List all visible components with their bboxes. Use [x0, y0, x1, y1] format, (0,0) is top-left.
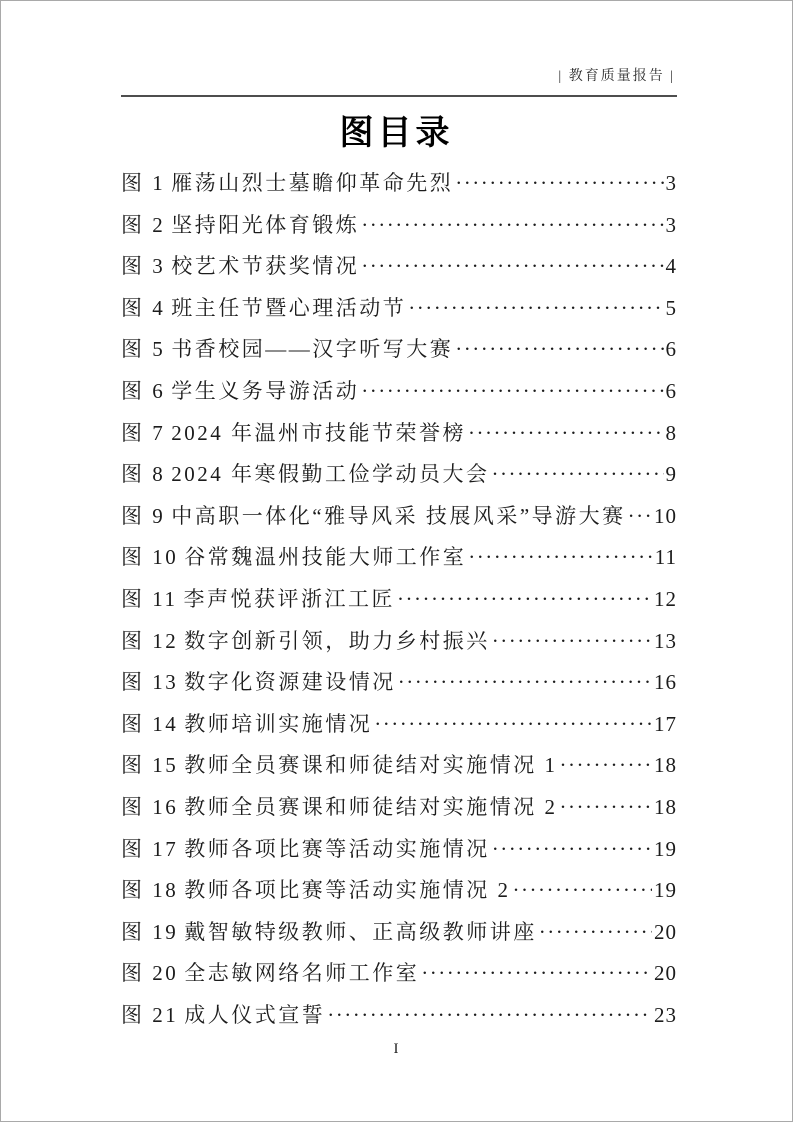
- figure-label: 图 5: [121, 329, 165, 371]
- toc-entry[interactable]: 图 21 成人仪式宣誓 ····························…: [121, 995, 677, 1037]
- figure-title: 李声悦获评浙江工匠: [183, 579, 395, 621]
- figure-title: 学生义务导游活动: [171, 371, 359, 413]
- figure-title: 数字化资源建设情况: [184, 662, 396, 704]
- figure-label: 图 6: [121, 371, 165, 413]
- toc-entry[interactable]: 图 9 中高职一体化“雅导风采 技展风采”导游大赛 ··············…: [121, 496, 677, 538]
- page-number: 8: [664, 413, 678, 455]
- figure-title: 校艺术节获奖情况: [171, 246, 359, 288]
- figure-title: 2024 年寒假勤工俭学动员大会: [171, 454, 489, 496]
- figure-title: 谷常魏温州技能大师工作室: [184, 537, 466, 579]
- figure-title: 2024 年温州市技能节荣誉榜: [171, 413, 466, 455]
- figure-title: 数字创新引领，助力乡村振兴: [184, 621, 490, 663]
- page-number: 3: [664, 163, 678, 205]
- dot-leader: ········································…: [398, 662, 652, 704]
- page-number: 19: [652, 829, 677, 871]
- toc-entry[interactable]: 图 13 数字化资源建设情况 ·························…: [121, 662, 677, 704]
- dot-leader: ········································…: [361, 205, 663, 247]
- figure-toc-list: 图 1 雁荡山烈士墓瞻仰革命先烈 ·······················…: [121, 163, 677, 1036]
- toc-entry[interactable]: 图 18 教师各项比赛等活动实施情况 2 ···················…: [121, 870, 677, 912]
- toc-entry[interactable]: 图 7 2024 年温州市技能节荣誉榜 ····················…: [121, 413, 677, 455]
- toc-entry[interactable]: 图 11 李声悦获评浙江工匠 ·························…: [121, 579, 677, 621]
- dot-leader: ········································…: [560, 787, 653, 829]
- figure-label: 图 13: [121, 662, 178, 704]
- dot-leader: ········································…: [397, 579, 652, 621]
- dot-leader: ········································…: [628, 496, 652, 538]
- page-title: 图目录: [1, 105, 792, 154]
- dot-leader: ········································…: [455, 329, 663, 371]
- figure-label: 图 3: [121, 246, 165, 288]
- figure-label: 图 2: [121, 205, 165, 247]
- page-number: 9: [664, 454, 678, 496]
- figure-title: 全志敏网络名师工作室: [184, 953, 419, 995]
- page-number: 4: [664, 246, 678, 288]
- header-report-title: | 教育质量报告 |: [558, 69, 675, 84]
- page-number: 23: [652, 995, 677, 1037]
- dot-leader: ········································…: [468, 537, 653, 579]
- figure-title: 雁荡山烈士墓瞻仰革命先烈: [171, 163, 453, 205]
- figure-title: 中高职一体化“雅导风采 技展风采”导游大赛: [171, 496, 625, 538]
- figure-label: 图 19: [121, 912, 178, 954]
- figure-label: 图 20: [121, 953, 178, 995]
- toc-entry[interactable]: 图 19 戴智敏特级教师、正高级教师讲座 ···················…: [121, 912, 677, 954]
- toc-entry[interactable]: 图 20 全志敏网络名师工作室 ························…: [121, 953, 677, 995]
- dot-leader: ········································…: [468, 413, 664, 455]
- figure-title: 教师培训实施情况: [184, 704, 372, 746]
- page-number: 13: [652, 621, 677, 663]
- page-header: | 教育质量报告 |: [536, 49, 675, 101]
- page-number: 20: [652, 912, 677, 954]
- page-number: 5: [664, 288, 678, 330]
- dot-leader: ········································…: [374, 704, 652, 746]
- page-number: 17: [652, 704, 677, 746]
- figure-label: 图 8: [121, 454, 165, 496]
- dot-leader: ········································…: [455, 163, 663, 205]
- dot-leader: ········································…: [492, 829, 652, 871]
- figure-title: 班主任节暨心理活动节: [171, 288, 406, 330]
- toc-entry[interactable]: 图 1 雁荡山烈士墓瞻仰革命先烈 ·······················…: [121, 163, 677, 205]
- figure-title: 教师全员赛课和师徒结对实施情况 2: [184, 787, 557, 829]
- toc-entry[interactable]: 图 4 班主任节暨心理活动节 ·························…: [121, 288, 677, 330]
- dot-leader: ········································…: [560, 745, 653, 787]
- dot-leader: ········································…: [361, 246, 663, 288]
- toc-entry[interactable]: 图 3 校艺术节获奖情况 ···························…: [121, 246, 677, 288]
- toc-entry[interactable]: 图 14 教师培训实施情况 ··························…: [121, 704, 677, 746]
- dot-leader: ········································…: [361, 371, 663, 413]
- page-footer: I: [1, 1041, 792, 1058]
- figure-label: 图 21: [121, 995, 178, 1037]
- dot-leader: ········································…: [421, 953, 652, 995]
- page-number: 18: [652, 787, 677, 829]
- header-rule: [121, 95, 677, 97]
- figure-title: 书香校园——汉字听写大赛: [171, 329, 453, 371]
- figure-label: 图 17: [121, 829, 178, 871]
- figure-title: 教师各项比赛等活动实施情况 2: [184, 870, 510, 912]
- figure-label: 图 9: [121, 496, 165, 538]
- figure-label: 图 18: [121, 870, 178, 912]
- dot-leader: ········································…: [327, 995, 652, 1037]
- toc-entry[interactable]: 图 8 2024 年寒假勤工俭学动员大会 ···················…: [121, 454, 677, 496]
- figure-title: 坚持阳光体育锻炼: [171, 205, 359, 247]
- figure-label: 图 16: [121, 787, 178, 829]
- figure-label: 图 15: [121, 745, 178, 787]
- page-number: 3: [664, 205, 678, 247]
- footer-page-number: I: [394, 1041, 400, 1057]
- page-number: 18: [652, 745, 677, 787]
- figure-label: 图 14: [121, 704, 178, 746]
- figure-label: 图 10: [121, 537, 178, 579]
- page-number: 10: [652, 496, 677, 538]
- toc-entry[interactable]: 图 6 学生义务导游活动 ···························…: [121, 371, 677, 413]
- page-number: 19: [652, 870, 677, 912]
- figure-label: 图 7: [121, 413, 165, 455]
- toc-entry[interactable]: 图 2 坚持阳光体育锻炼 ···························…: [121, 205, 677, 247]
- page-number: 6: [664, 329, 678, 371]
- figure-title: 教师全员赛课和师徒结对实施情况 1: [184, 745, 557, 787]
- figure-label: 图 1: [121, 163, 165, 205]
- dot-leader: ········································…: [513, 870, 653, 912]
- document-page: | 教育质量报告 | 图目录 图 1 雁荡山烈士墓瞻仰革命先烈 ········…: [0, 0, 793, 1122]
- toc-entry[interactable]: 图 10 谷常魏温州技能大师工作室 ······················…: [121, 537, 677, 579]
- toc-entry[interactable]: 图 15 教师全员赛课和师徒结对实施情况 1 ·················…: [121, 745, 677, 787]
- figure-label: 图 12: [121, 621, 178, 663]
- toc-entry[interactable]: 图 5 书香校园——汉字听写大赛 ·······················…: [121, 329, 677, 371]
- page-number: 16: [652, 662, 677, 704]
- figure-label: 图 11: [121, 579, 177, 621]
- toc-entry[interactable]: 图 12 数字创新引领，助力乡村振兴 ·····················…: [121, 621, 677, 663]
- page-number: 12: [652, 579, 677, 621]
- dot-leader: ········································…: [408, 288, 663, 330]
- dot-leader: ········································…: [492, 621, 652, 663]
- dot-leader: ········································…: [492, 454, 664, 496]
- page-number: 20: [652, 953, 677, 995]
- figure-title: 戴智敏特级教师、正高级教师讲座: [184, 912, 537, 954]
- dot-leader: ········································…: [539, 912, 652, 954]
- figure-title: 教师各项比赛等活动实施情况: [184, 829, 490, 871]
- figure-label: 图 4: [121, 288, 165, 330]
- figure-title: 成人仪式宣誓: [184, 995, 325, 1037]
- page-number: 11: [653, 537, 677, 579]
- page-number: 6: [664, 371, 678, 413]
- toc-entry[interactable]: 图 16 教师全员赛课和师徒结对实施情况 2 ·················…: [121, 787, 677, 829]
- toc-entry[interactable]: 图 17 教师各项比赛等活动实施情况 ·····················…: [121, 829, 677, 871]
